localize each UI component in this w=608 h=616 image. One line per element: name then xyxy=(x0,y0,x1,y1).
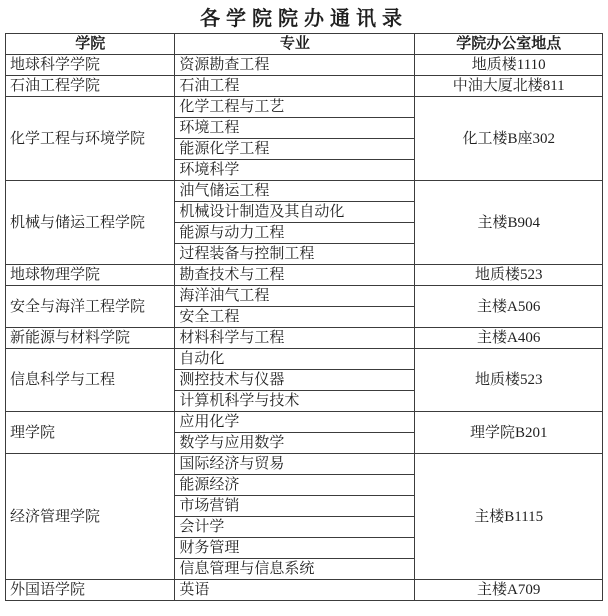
table-row: 地球物理学院勘查技术与工程地质楼523 xyxy=(6,265,603,286)
major-cell: 自动化 xyxy=(175,349,415,370)
table-row: 外国语学院英语主楼A709 xyxy=(6,580,603,601)
header-office: 学院办公室地点 xyxy=(415,34,603,55)
table-header: 学院 专业 学院办公室地点 xyxy=(6,34,603,55)
table-row: 地球科学学院资源勘查工程地质楼1110 xyxy=(6,55,603,76)
major-cell: 数学与应用数学 xyxy=(175,433,415,454)
major-cell: 资源勘查工程 xyxy=(175,55,415,76)
directory-table: 学院 专业 学院办公室地点 地球科学学院资源勘查工程地质楼1110石油工程学院石… xyxy=(5,33,603,601)
college-cell: 经济管理学院 xyxy=(6,454,175,580)
table-row: 新能源与材料学院材料科学与工程主楼A406 xyxy=(6,328,603,349)
major-cell: 海洋油气工程 xyxy=(175,286,415,307)
major-cell: 应用化学 xyxy=(175,412,415,433)
office-cell: 地质楼523 xyxy=(415,265,603,286)
major-cell: 勘查技术与工程 xyxy=(175,265,415,286)
major-cell: 市场营销 xyxy=(175,496,415,517)
major-cell: 化学工程与工艺 xyxy=(175,97,415,118)
header-major: 专业 xyxy=(175,34,415,55)
table-body: 地球科学学院资源勘查工程地质楼1110石油工程学院石油工程中油大厦北楼811化学… xyxy=(6,55,603,601)
table-row: 石油工程学院石油工程中油大厦北楼811 xyxy=(6,76,603,97)
college-cell: 地球物理学院 xyxy=(6,265,175,286)
college-cell: 石油工程学院 xyxy=(6,76,175,97)
major-cell: 石油工程 xyxy=(175,76,415,97)
office-cell: 主楼B1115 xyxy=(415,454,603,580)
major-cell: 信息管理与信息系统 xyxy=(175,559,415,580)
document-page: 各学院院办通讯录 学院 专业 学院办公室地点 地球科学学院资源勘查工程地质楼11… xyxy=(0,0,608,616)
college-cell: 信息科学与工程 xyxy=(6,349,175,412)
table-row: 机械与储运工程学院油气储运工程主楼B904 xyxy=(6,181,603,202)
college-cell: 理学院 xyxy=(6,412,175,454)
major-cell: 测控技术与仪器 xyxy=(175,370,415,391)
page-title: 各学院院办通讯录 xyxy=(0,0,608,33)
table-row: 经济管理学院国际经济与贸易主楼B1115 xyxy=(6,454,603,475)
office-cell: 主楼B904 xyxy=(415,181,603,265)
major-cell: 英语 xyxy=(175,580,415,601)
major-cell: 机械设计制造及其自动化 xyxy=(175,202,415,223)
office-cell: 主楼A506 xyxy=(415,286,603,328)
header-row: 学院 专业 学院办公室地点 xyxy=(6,34,603,55)
office-cell: 理学院B201 xyxy=(415,412,603,454)
table-row: 化学工程与环境学院化学工程与工艺化工楼B座302 xyxy=(6,97,603,118)
college-cell: 安全与海洋工程学院 xyxy=(6,286,175,328)
major-cell: 国际经济与贸易 xyxy=(175,454,415,475)
major-cell: 安全工程 xyxy=(175,307,415,328)
major-cell: 环境工程 xyxy=(175,118,415,139)
major-cell: 会计学 xyxy=(175,517,415,538)
college-cell: 机械与储运工程学院 xyxy=(6,181,175,265)
office-cell: 主楼A709 xyxy=(415,580,603,601)
major-cell: 财务管理 xyxy=(175,538,415,559)
office-cell: 主楼A406 xyxy=(415,328,603,349)
office-cell: 地质楼1110 xyxy=(415,55,603,76)
office-cell: 化工楼B座302 xyxy=(415,97,603,181)
major-cell: 能源经济 xyxy=(175,475,415,496)
college-cell: 外国语学院 xyxy=(6,580,175,601)
table-row: 安全与海洋工程学院海洋油气工程主楼A506 xyxy=(6,286,603,307)
major-cell: 环境科学 xyxy=(175,160,415,181)
college-cell: 化学工程与环境学院 xyxy=(6,97,175,181)
table-row: 理学院应用化学理学院B201 xyxy=(6,412,603,433)
college-cell: 新能源与材料学院 xyxy=(6,328,175,349)
office-cell: 中油大厦北楼811 xyxy=(415,76,603,97)
header-college: 学院 xyxy=(6,34,175,55)
college-cell: 地球科学学院 xyxy=(6,55,175,76)
major-cell: 材料科学与工程 xyxy=(175,328,415,349)
table-row: 信息科学与工程自动化地质楼523 xyxy=(6,349,603,370)
major-cell: 油气储运工程 xyxy=(175,181,415,202)
office-cell: 地质楼523 xyxy=(415,349,603,412)
major-cell: 能源化学工程 xyxy=(175,139,415,160)
major-cell: 计算机科学与技术 xyxy=(175,391,415,412)
major-cell: 过程装备与控制工程 xyxy=(175,244,415,265)
major-cell: 能源与动力工程 xyxy=(175,223,415,244)
